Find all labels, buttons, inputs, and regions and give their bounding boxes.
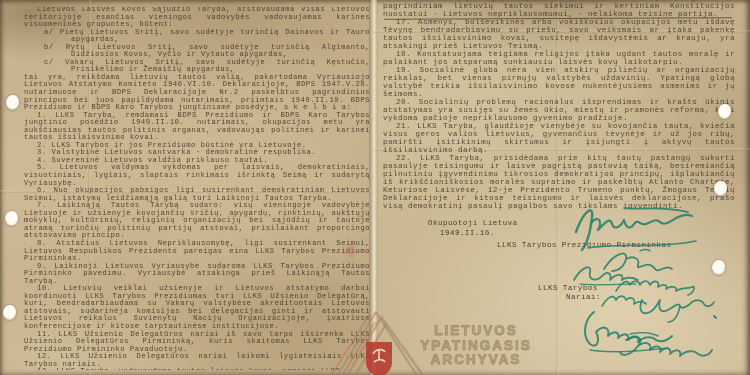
document-line: 17. Asmenys, bolševikinės arba vokiškosi… xyxy=(383,19,735,51)
document-line: 20. Socialinių problemų racionalus išspr… xyxy=(383,99,735,123)
punch-hole xyxy=(714,181,727,196)
document-line: 7. Laikinąją Tautos Tarybą sudaro: visų … xyxy=(24,203,370,241)
punch-hole xyxy=(712,260,725,275)
document-line: Lietuvos Laisvės Kovos Sąjūdžio Taryba, … xyxy=(24,7,370,30)
date-line: 1949.II.16. xyxy=(440,230,495,238)
punch-hole xyxy=(718,104,731,119)
document-line: 8. Atstačius Lietuvos Nepriklausomybę, l… xyxy=(24,241,370,264)
punch-hole xyxy=(5,211,18,226)
document-text-column-right: 16. Komunistų partija, kaip diktatūrinė … xyxy=(383,0,735,211)
punch-hole xyxy=(6,95,19,110)
watermark-line: LIETUVOS xyxy=(400,324,552,339)
watermark-line: ARCHYVAS xyxy=(400,353,552,368)
ink-stain xyxy=(343,242,358,259)
document-line: 10. Lietuvių veiklai užsienyje ir Lietuv… xyxy=(24,286,370,331)
document-line: 13. LLKS Taryba, vadovaudama tautos lais… xyxy=(24,369,370,370)
document-line: b/ Rytų Lietuvos Sritį, savo sudėtyje tu… xyxy=(24,45,370,60)
document-line: 1. LLKS Taryba, remdamasi BDPS Prezidium… xyxy=(24,113,370,143)
document-line: 9. Laikinoji Lietuvos Vyriausybė sudarom… xyxy=(24,264,370,287)
archive-watermark-text: LIETUVOS YPATINGASIS ARCHYVAS xyxy=(400,324,552,368)
document-line: a/ Pietų Lietuvos Sritį, savo sudėtyje t… xyxy=(24,30,370,45)
document-line: c/ Vakarų Lietuvos Sritį, savo sudėtyje … xyxy=(24,60,370,75)
document-line: 21. LLKS Taryba, glaudžioje vienybėje su… xyxy=(383,123,735,155)
punch-hole xyxy=(3,305,16,320)
document-line: 6. Nuo okupacijos pabaigos ligi susirenk… xyxy=(24,188,370,203)
place-line: Okupuotoji Lietuva xyxy=(428,220,518,228)
document-line: 19. Socialinė globa nėra vien atskirų pi… xyxy=(383,67,735,99)
document-line: 5. Lietuvos valdymas vykdomas per laisva… xyxy=(24,165,370,188)
document-scan: Lietuvos Laisvės Kovos Sąjūdžio Taryba, … xyxy=(0,0,750,375)
document-line: 18. Konstatuojama teigiama religijos įta… xyxy=(383,51,735,67)
document-line: tai yra, reikšdama lietuvių tautos valią… xyxy=(24,75,370,113)
document-line: 12. LLKS Užsienio Delegatūros nariai lai… xyxy=(24,354,370,369)
document-line: 11. LLKS Užsienio Delegatūros nariai iš … xyxy=(24,332,370,355)
signature-zadgaila xyxy=(610,330,716,370)
watermark-line: YPATINGASIS xyxy=(400,339,552,354)
document-text-column-left: Lietuvos Laisvės Kovos Sąjūdžio Taryba, … xyxy=(24,7,370,370)
